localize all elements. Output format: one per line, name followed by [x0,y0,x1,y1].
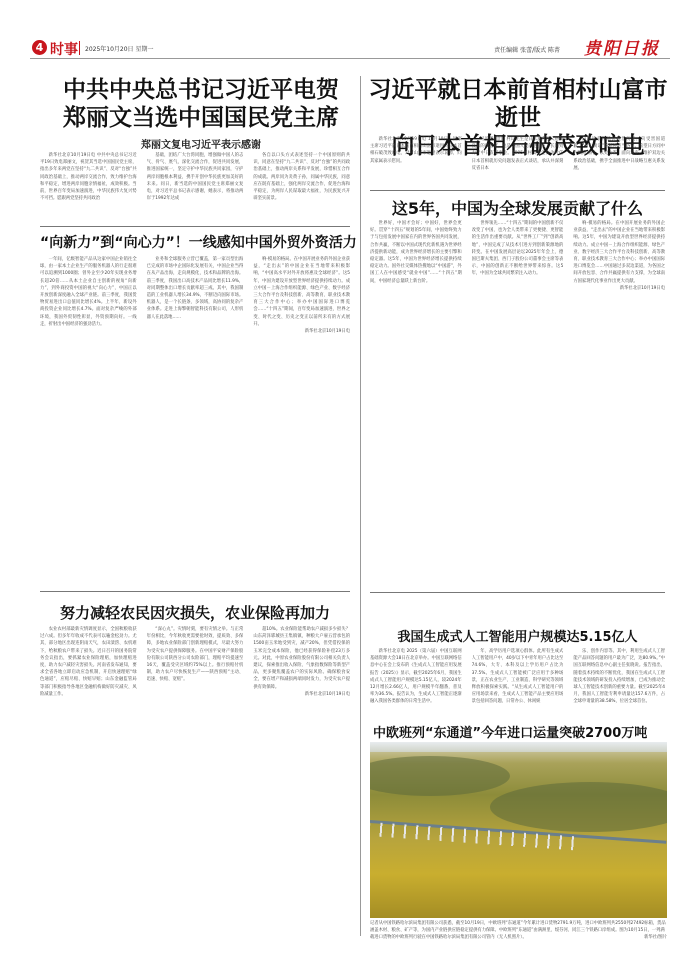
photo-hill [370,756,510,796]
paragraph: 习近平指出，村山先生是日本富有正义感和良知的政治家，也是中国人民的老朋友，长期致… [472,136,564,172]
paragraph: 一年间，亿级智能产品从这家中国企业销往全球，由一家本土企业生产的服务机器人的行走… [40,256,137,328]
paragraph: 乐、创作内容等。其中，利用生成式人工智能产品回答问题的用户最为广泛，达80.9%… [573,648,665,706]
photo-sky [370,742,667,752]
newspaper-page: 4 时事 2025年10月20日 星期一 责任编辑 张蕾/版式 陈菁 贵阳日报 … [30,36,670,936]
paragraph: 新华社北京电 2025（第六届）中国互联网基础资源大会18日在北京举办。中国互联… [370,648,462,706]
masthead-logo: 贵阳日报 [584,34,660,59]
body-column: 侵略战争和殖民统治历史，向受害国道歉。“村山谈话”的精神应当恪守。希望日方同中方… [573,136,665,172]
dateline: 新华社北京10月19日电 [253,328,350,335]
body-column: 新华社北京电 2025（第六届）中国互联网基础资源大会18日在北京举办。中国互联… [370,648,462,708]
article-body: 新华社北京电 2025（第六届）中国互联网基础资源大会18日在北京举办。中国互联… [370,648,665,708]
paragraph: 基础，团结广大台湾同胞，增强做中国人的志气、骨气、底气，深化交流合作，促进共同发… [147,152,244,202]
section-title: 时事 [50,39,78,59]
page-header: 4 时事 2025年10月20日 星期一 责任编辑 张蕾/版式 陈菁 贵阳日报 [30,40,670,59]
paragraph: 新华社北京10月19日电 中共中央总书记习近平19日致电郑丽文，祝贺其当选中国国… [40,152,137,202]
body-column: 响-模易的格局。在中国开展业务的外国企业获益，“走出去”的中国企业在当地带来积极… [253,256,350,576]
article-body: 一年间，亿级智能产品从这家中国企业销往全球，由一家本土企业生产的服务机器人的行走… [40,256,350,576]
body-column: 习近平指出，村山先生是日本富有正义感和良知的政治家，也是中国人民的老朋友，长期致… [472,136,564,172]
section-rule [370,190,665,191]
body-column: 响-模易的格局。在中国开展业务的外国企业获益，“走出去”的中国企业在当地带来积极… [573,220,665,580]
column-divider [360,196,361,936]
dateline: 新华社北京10月19日电 [573,285,665,292]
photo-hill [490,782,667,832]
headline-line-2: 郑丽文当选中国国民党主席 [56,104,346,132]
article-body: 世界好，中国才会好；中国好，世界会更好。贯穿“十四五”规划的5年间，中国始终致力… [370,220,665,580]
article-body: 新华社北京10月19日电 10月19日，国家主席习近平就日本前首相村山富市逝世向… [370,136,665,172]
issue-date: 2025年10月20日 星期一 [85,44,153,53]
paragraph: 响-模易的格局。在中国开展业务的外国企业获益，“走出去”的中国企业在当地带来积极… [573,220,665,285]
article-headline[interactable]: 中共中央总书记习近平电贺 郑丽文当选中国国民党主席 [56,76,346,132]
body-column: 新华社北京10月19日电 10月19日，国家主席习近平就日本前首相村山富市逝世向… [370,136,462,172]
article-headline[interactable]: 中欧班列“东通道”今年进口运量突破2700万吨 [373,722,663,741]
paragraph: “深心丸”。灾情时刻，要有灾情之举。与正常年份相比，今年秋收更需要抢时效、提质效… [147,626,244,684]
headline-line-1: 习近平就日本前首相村山富市逝世 [368,76,668,132]
body-column: 业务和全球服务立营已覆盖，第一家员型出海已完成的市场中企国际化发展有关，中国企业… [147,256,244,576]
paragraph: 农业农村部最新灾情调度显示，全国秋粮收获过六成。但多年年收成不代表可以嗑金松劲力… [40,626,137,698]
article-body: 农业农村部最新灾情调度显示，全国秋粮收获过六成。但多年年收成不代表可以嗑金松劲力… [40,626,350,931]
page-number-badge: 4 [32,40,47,55]
paragraph: 世界好，中国才会好；中国好，世界会更好。贯穿“十四五”规划的5年间，中国始终致力… [370,220,462,285]
paragraph: 年、高学历用户选项心群体。此所有生成式人工智能用户中，40岁以下中青年用户占比达… [472,648,564,706]
body-column: 超10%。农业保险能帮助农户减损多少损失？山东菏泽郓城县王集镇镇，种粮大户雇五营… [253,626,350,931]
article-body: 新华社北京10月19日电 中共中央总书记习近平19日致电郑丽文，祝贺其当选中国国… [40,152,350,220]
paragraph: 响-模易的格局。在中国开展业务的外国企业获益，“走出去”的中国企业在当地带来积极… [253,256,350,328]
paragraph: 业务和全球服务立营已覆盖，第一家员型出海已完成的市场中企国际化发展有关，中国企业… [147,256,244,321]
body-column: 农业农村部最新灾情调度显示，全国秋粮收获过六成。但多年年收成不代表可以嗑金松劲力… [40,626,137,931]
body-column: 基础，团结广大台湾同胞，增强做中国人的志气、骨气、底气，深化交流合作，促进共同发… [147,152,244,220]
section-rule [40,591,350,592]
dateline: 新华社北京10月19日电 [253,691,350,698]
headline-line-1: 中共中央总书记习近平电贺 [56,76,346,104]
paragraph: 超10%。农业保险能帮助农户减损多少损失？山东菏泽郓城县王集镇镇，种粮大户雇五营… [253,626,350,691]
article-subhead: 郑丽文复电习近平表示感谢 [56,136,346,151]
header-divider [79,41,80,55]
body-column: 世界领先……“十四五”期间的中国创新不仅改变了中国，也为全人类带来了更便捷、更智… [472,220,564,580]
article-headline[interactable]: 努力减轻农民因灾损失，农业保险再加力 [40,602,350,623]
photo-credit: 新华社/图片 [644,934,667,941]
body-column: 乐、创作内容等。其中，利用生成式人工智能产品回答问题的用户最为广泛，达80.9%… [573,648,665,708]
paragraph: 世界领先……“十四五”期间的中国创新不仅改变了中国，也为全人类带来了更便捷、更智… [472,220,564,278]
paragraph: 新华社北京10月19日电 10月19日，国家主席习近平就日本前首相村山富市逝世向… [370,136,462,165]
body-column: 各自以口头方式表述坚持一个中国原则的共识，同意在坚持“九二共识”、反对“台独”的… [253,152,350,220]
editor-credits: 责任编辑 张蕾/版式 陈菁 [494,45,560,54]
paragraph: 侵略战争和殖民统治历史，向受害国道歉。“村山谈话”的精神应当恪守。希望日方同中方… [573,136,665,172]
body-column: “深心丸”。灾情时刻，要有灾情之举。与正常年份相比，今年秋收更需要抢时效、提质效… [147,626,244,931]
paragraph: 各自以口头方式表述坚持一个中国原则的共识，同意在坚持“九二共识”、反对“台独”的… [253,152,350,202]
caption-text: 记者从中国铁路哈尔滨局集团有限公司获悉，截至10月19日，中欧班列“东通道”今年… [370,921,666,940]
news-photo[interactable] [370,742,667,918]
section-rule [370,592,665,593]
article-headline[interactable]: “向新力”到“向心力”！一线感知中国外贸外资活力 [40,232,350,252]
article-headline[interactable]: 这5年，中国为全球发展贡献了什么 [370,196,665,219]
body-column: 一年间，亿级智能产品从这家中国企业销往全球，由一家本土企业生产的服务机器人的行走… [40,256,137,576]
body-column: 世界好，中国才会好；中国好，世界会更好。贯穿“十四五”规划的5年间，中国始终致力… [370,220,462,580]
article-headline[interactable]: 我国生成式人工智能用户规模达5.15亿人 [370,626,665,645]
body-column: 年、高学历用户选项心群体。此所有生成式人工智能用户中，40岁以下中青年用户占比达… [472,648,564,708]
section-rule [40,226,350,227]
photo-caption: 记者从中国铁路哈尔滨局集团有限公司获悉，截至10月19日，中欧班列“东通道”今年… [370,920,667,941]
body-column: 新华社北京10月19日电 中共中央总书记习近平19日致电郑丽文，祝贺其当选中国国… [40,152,137,220]
